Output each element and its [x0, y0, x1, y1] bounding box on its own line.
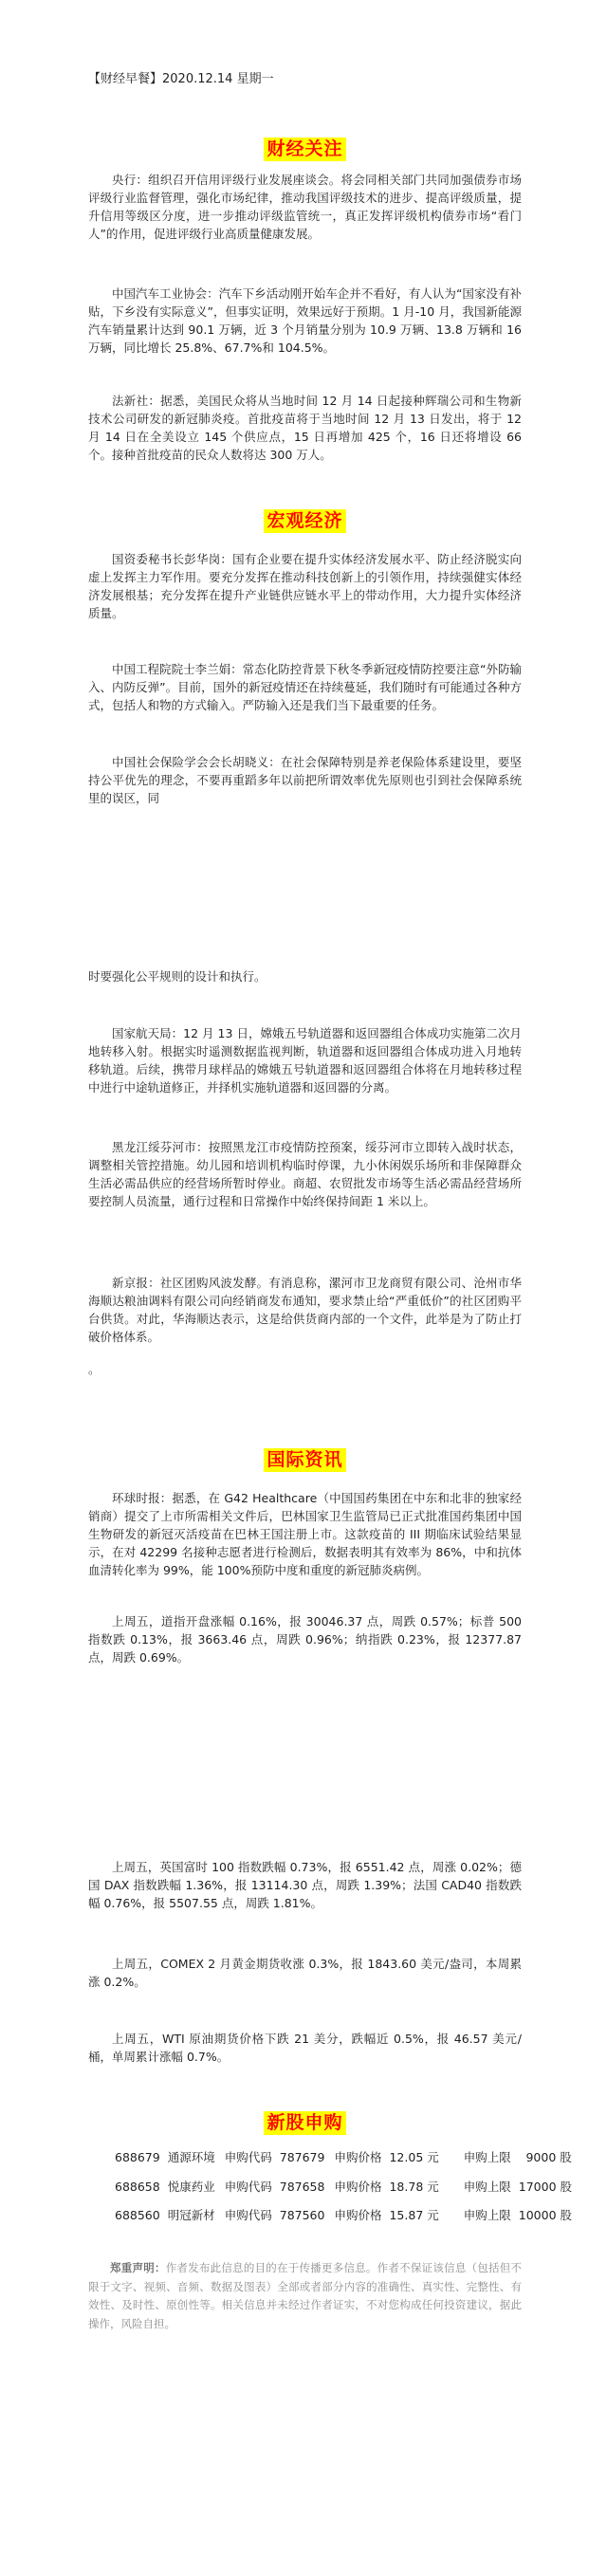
apply-code: 787560 [280, 2206, 325, 2224]
section-title-finance-focus: 财经关注 [264, 138, 345, 161]
stock-code: 688658 [115, 2178, 160, 2196]
stock-code: 688560 [115, 2206, 160, 2224]
limit-label: 申购上限 [464, 2148, 511, 2166]
section-title-international-news: 国际资讯 [264, 1448, 345, 1472]
paragraph-cnsa: 国家航天局：12 月 13 日，嫦娥五号轨道器和返回器组合体成功实施第二次月地转… [88, 1024, 522, 1096]
disclaimer-label: 郑重声明： [110, 2261, 166, 2274]
stock-row: 688679通源环境申购代码787679申购价格12.05 元申购上限9000 … [88, 2148, 522, 2166]
paragraph-hu-xiaoyi-part1: 中国社会保险学会会长胡晓义：在社会保障特别是养老保险体系建设里，要坚持公平优先的… [88, 753, 522, 807]
price-label: 申购价格 [334, 2148, 381, 2166]
limit-value: 10000 股 [519, 2206, 572, 2224]
price-value: 18.78 元 [389, 2178, 438, 2196]
paragraph-global-times: 环球时报：据悉，在 G42 Healthcare（中国国药集团在中东和北非的独家… [88, 1489, 522, 1579]
apply-code-label: 申购代码 [225, 2178, 272, 2196]
section-international-news-header: 国际资讯 [88, 1448, 522, 1472]
section-title-macro-economy: 宏观经济 [264, 509, 345, 533]
section-finance-focus-header: 财经关注 [88, 138, 522, 161]
stock-row: 688658悦康药业申购代码787658申购价格18.78 元申购上限17000… [88, 2178, 522, 2196]
disclaimer: 郑重声明：作者发布此信息的目的在于传播更多信息。作者不保证该信息（包括但不限于文… [88, 2259, 522, 2333]
paragraph-eu-indices: 上周五，英国富时 100 指数跌幅 0.73%，报 6551.42 点，周涨 0… [88, 1858, 522, 1912]
paragraph-hu-xiaoyi-part2: 时要强化公平规则的设计和执行。 [88, 967, 522, 985]
paragraph-li-lanjuan: 中国工程院院士李兰娟：常态化防控背景下秋冬季新冠疫情防控要注意“外防输入、内防反… [88, 660, 522, 714]
limit-label: 申购上限 [464, 2178, 511, 2196]
paragraph-beijing-news: 新京报：社区团购风波发酵。有消息称，漯河市卫龙商贸有限公司、沧州市华海顺达粮油调… [88, 1274, 522, 1346]
limit-value: 9000 股 [519, 2148, 572, 2166]
paragraph-us-indices: 上周五，道指开盘涨幅 0.16%，报 30046.37 点，周跌 0.57%；标… [88, 1612, 522, 1666]
limit-label: 申购上限 [464, 2206, 511, 2224]
apply-code-label: 申购代码 [225, 2206, 272, 2224]
paragraph-suifenhe: 黑龙江绥芬河市：按照黑龙江市疫情防控预案，绥芬河市立即转入战时状态，调整相关管控… [88, 1138, 522, 1210]
paragraph-stray-period: 。 [88, 1360, 522, 1378]
paragraph-afp: 法新社：据悉，美国民众将从当地时间 12 月 14 日起接种辉瑞公司和生物新技术… [88, 392, 522, 464]
apply-code: 787658 [280, 2178, 325, 2196]
stock-name: 明冠新材 [168, 2206, 215, 2224]
section-title-new-stock: 新股申购 [264, 2111, 345, 2135]
paragraph-caam: 中国汽车工业协会：汽车下乡活动刚开始车企并不看好，有人认为“国家没有补贴，下乡没… [88, 285, 522, 357]
price-label: 申购价格 [334, 2178, 381, 2196]
section-macro-economy-header: 宏观经济 [88, 509, 522, 533]
price-value: 12.05 元 [389, 2148, 438, 2166]
masthead: 【财经早餐】2020.12.14 星期一 [88, 70, 522, 88]
apply-code: 787679 [280, 2148, 325, 2166]
price-label: 申购价格 [334, 2206, 381, 2224]
paragraph-comex-gold: 上周五，COMEX 2 月黄金期货收涨 0.3%，报 1843.60 美元/盎司… [88, 1955, 522, 1991]
limit-value: 17000 股 [519, 2178, 572, 2196]
apply-code-label: 申购代码 [225, 2148, 272, 2166]
section-new-stock-header: 新股申购 [88, 2111, 522, 2135]
paragraph-sasac: 国资委秘书长彭华岗：国有企业要在提升实体经济发展水平、防止经济脱实向虚上发挥主力… [88, 550, 522, 622]
paragraph-wti-oil: 上周五，WTI 原油期货价格下跌 21 美分，跌幅近 0.5%，报 46.57 … [88, 2030, 522, 2066]
stock-code: 688679 [115, 2148, 160, 2166]
newsletter-document: 【财经早餐】2020.12.14 星期一 财经关注 央行：组织召开信用评级行业发… [0, 0, 607, 2576]
stock-row: 688560明冠新材申购代码787560申购价格15.87 元申购上限10000… [88, 2206, 522, 2224]
price-value: 15.87 元 [389, 2206, 438, 2224]
stock-name: 通源环境 [168, 2148, 215, 2166]
stock-name: 悦康药业 [168, 2178, 215, 2196]
paragraph-pboc: 央行：组织召开信用评级行业发展座谈会。将会同相关部门共同加强债券市场评级行业监督… [88, 171, 522, 243]
